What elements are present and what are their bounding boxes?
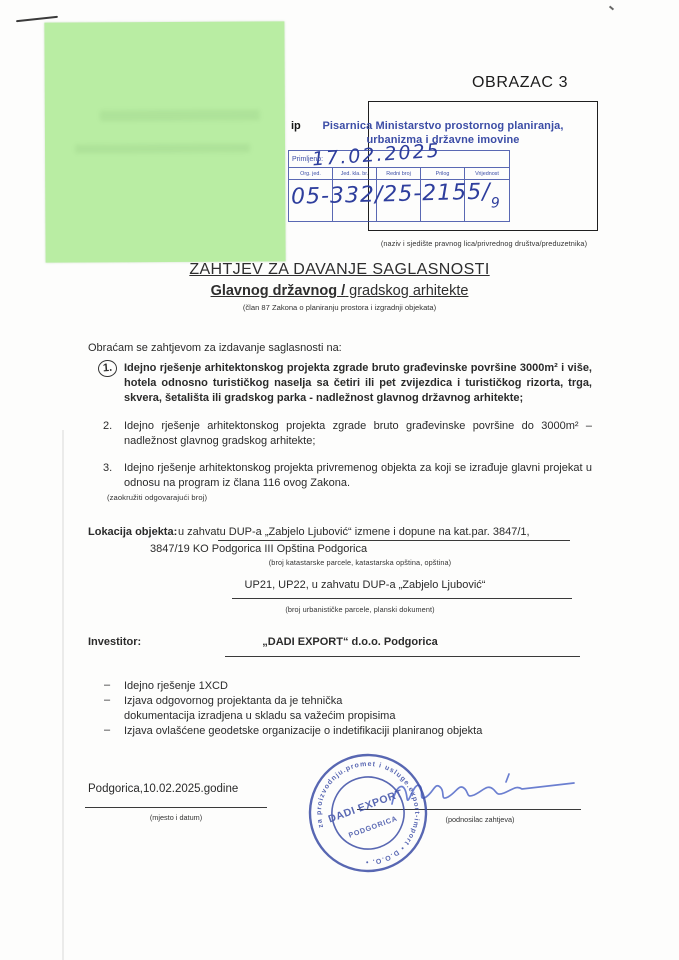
scanned-request-form: OBRAZAC 3 ip Pisarnica Ministarstvo pros… <box>0 0 679 960</box>
list-dash: – <box>104 724 110 736</box>
stamp-col-header: Prilog <box>421 168 465 179</box>
option-2-number: 2. <box>103 419 112 434</box>
stamp-col-header: Org. jed. <box>289 168 333 179</box>
investor-label: Investitor: <box>88 635 141 650</box>
subtitle-bold-part: Glavnog državnog / <box>211 283 346 299</box>
list-dash: – <box>104 694 110 706</box>
ghost-text <box>100 110 260 122</box>
registry-stamp-office: Pisarnica Ministarstvo prostornog planir… <box>290 120 596 147</box>
attachment-item: Izjava odgovornog projektanta da je tehn… <box>124 694 342 709</box>
option-3-number: 3. <box>103 461 112 476</box>
urban-parcel-value: UP21, UP22, u zahvatu DUP-a „Zabjelo Lju… <box>190 578 540 593</box>
attachment-item: Idejno rješenje 1XCD <box>124 679 228 694</box>
place-and-date: Podgorica,10.02.2025.godine <box>88 783 238 795</box>
underline <box>232 598 572 599</box>
cadastre-caption: (broj katastarske parcele, katastarska o… <box>230 558 490 567</box>
place-date-caption: (mjesto i datum) <box>85 813 267 822</box>
stamp-col-header: Redni broj <box>377 168 421 179</box>
document-title: ZAHTJEV ZA DAVANJE SAGLASNOSTI <box>0 261 679 279</box>
scan-artifact <box>609 6 614 11</box>
company-round-stamp: za proizvodnju.promet i usluge.export-im… <box>287 732 448 893</box>
form-code: OBRAZAC 3 <box>472 74 568 92</box>
underline <box>225 656 580 657</box>
subtitle-regular-part: gradskog arhitekte <box>345 283 468 299</box>
sticky-note <box>44 21 285 262</box>
circle-instruction-note: (zaokružiti odgovarajući broj) <box>107 493 207 502</box>
option-1-text: Idejno rješenje arhitektonskog projekta … <box>124 361 592 407</box>
law-reference-note: (član 87 Zakona o planiranju prostora i … <box>0 303 679 312</box>
option-3-text: Idejno rješenje arhitektonskog projekta … <box>124 461 592 491</box>
scan-fold-line <box>62 430 64 960</box>
location-label: Lokacija objekta: <box>88 525 177 540</box>
attachment-item: Izjava ovlašćene geodetske organizacije … <box>124 724 482 739</box>
circled-option-number: 1. <box>97 359 117 377</box>
svg-text:za proizvodnju.promet i usluge: za proizvodnju.promet i usluge.export-im… <box>301 746 434 879</box>
stamp-col-header: Vrijednost <box>465 168 509 179</box>
registry-office-line2: urbanizma i državne imovine <box>290 134 596 148</box>
list-dash: – <box>104 679 110 691</box>
location-value-line2: 3847/19 KO Podgorica III Opština Podgori… <box>150 542 367 557</box>
investor-value: „DADI EXPORT“ d.o.o. Podgorica <box>225 635 475 650</box>
pen-mark <box>16 16 58 23</box>
document-subtitle: Glavnog državnog / gradskog arhitekte <box>0 283 679 299</box>
protocol-number-suffix: 9 <box>491 195 501 211</box>
urban-parcel-caption: (broj urbanističke parcele, planski doku… <box>230 605 490 614</box>
attachment-item-continuation: dokumentacija izradjena u skladu sa važe… <box>124 709 395 724</box>
stamp-col-header: Jed. kla. br. <box>333 168 377 179</box>
option-2-text: Idejno rješenje arhitektonskog projekta … <box>124 419 592 449</box>
underline <box>218 540 570 541</box>
stamp-ring-text: za proizvodnju.promet i usluge.export-im… <box>301 746 434 879</box>
location-value-line1: u zahvatu DUP-a „Zabjelo Ljubović“ izmen… <box>178 525 530 540</box>
applicant-box-caption: (naziv i sjedište pravnog lica/privredno… <box>368 239 600 248</box>
underline <box>85 807 267 808</box>
intro-line: Obraćam se zahtjevom za izdavanje saglas… <box>88 341 342 356</box>
stamp-company-city: PODGORICA <box>347 814 399 840</box>
ghost-text <box>75 144 250 154</box>
registry-office-line1: Pisarnica Ministarstvo prostornog planir… <box>290 120 596 134</box>
protocol-number-main: 05-332/25-2155/ <box>291 180 491 210</box>
